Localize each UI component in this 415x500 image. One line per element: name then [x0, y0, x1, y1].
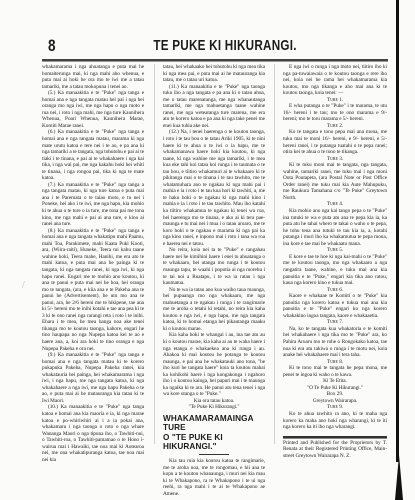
masthead-rule: [42, 59, 388, 62]
rule-text: E wha putanga o te "Puke" i te marama, t…: [283, 103, 387, 123]
rule-text: E kore e tae te hoe ki nga kai-mahi o te…: [283, 254, 387, 287]
rule-text: Na, ko te tangata kua whakatoria e te ko…: [283, 326, 387, 359]
rule-text: Ki te tono mai te tangata he pepa mona, …: [283, 365, 387, 378]
rule-text: Ki te tuku moni mai te tangata, nga tang…: [283, 162, 387, 201]
rule-text: Ko te tangata e tono pepa mai ana mona, …: [283, 129, 387, 155]
printer-imprint: Printed and Published for the Proprietor…: [283, 440, 387, 460]
rule-text: Kaore e whakaae te Komiti o te "Puke" ki…: [283, 293, 387, 319]
article-paragraph: (8.) Ka manaakitia e te "Puke" nga tanga…: [42, 228, 144, 352]
column-divider: [274, 64, 275, 444]
article-paragraph: No reira, koia nei ta te "Puke" e rangah…: [163, 247, 265, 286]
section-heading: WHAKAMARAMAINGA TURE O "TE PUKE KI HIKUR…: [163, 414, 265, 452]
article-paragraph: tatau, hei whakaako hei tohutohu ki nga …: [163, 64, 265, 84]
article-paragraph: (6.) Ka manaakitia e te "Puke" nga tanga…: [42, 129, 144, 181]
article-paragraph: (12.) Na, i tenei haerenga o te koutou t…: [163, 129, 265, 247]
column-3: E nga iwi o runga i nga moto nei, tiitir…: [283, 64, 387, 459]
signoff-signature: "Te Puke Ki Hikurangi.": [163, 404, 265, 411]
article-paragraph: whakamarama i nga ahuatanga e puta mai h…: [42, 64, 144, 90]
section-heading-line-2: O "TE PUKE KI HIKURANGI.": [163, 433, 265, 452]
newspaper-title: TE PUKE KI HIKURANGI.: [147, 37, 303, 54]
rules-intro: E nga iwi o runga i nga moto nei, tiitir…: [283, 64, 387, 97]
page-number: 8: [48, 36, 56, 56]
imprint-rule: [283, 436, 387, 439]
article-paragraph: (7.) Ka manaakitia e te "Puke" nga tanga…: [42, 182, 144, 228]
section-rule: [199, 454, 229, 455]
article-paragraph: (11.) Ka manaakitia e te "Puke" nga taon…: [163, 84, 265, 130]
section-heading-line-1: WHAKAMARAMAINGA TURE: [163, 414, 265, 433]
masthead: 8 TE PUKE KI HIKURANGI.: [30, 30, 388, 60]
article-paragraph: (5.) Ka manaakitia e te "Puke" nga tanga…: [42, 90, 144, 129]
article-paragraph: (10.) Ka manaakitia e te "Puke" nga tang…: [42, 404, 144, 463]
article-paragraph: Kia kaha hoki te whangai i au, ina tae a…: [163, 332, 265, 397]
page-edge-shadow: [396, 0, 399, 462]
margin-mark: /: [22, 280, 25, 291]
article-paragraph: (9.) Ka manaakitia e te "Puke" nga tanga…: [42, 352, 144, 404]
article-paragraph: No te wa ia tatau ano kua waiho taua mau…: [163, 287, 265, 333]
rule-text: Kia mohio ano nga kai tango pepa o te "P…: [283, 208, 387, 247]
column-1: whakamarama i nga ahuatanga e puta mai h…: [42, 64, 144, 463]
section-paragraph: Kia tau ruia kia koutou katoa te rangima…: [163, 458, 265, 497]
column-2: tatau, hei whakaako hei tohutohu ki nga …: [163, 64, 265, 497]
column-divider: [154, 64, 155, 444]
rule-text: Ko te ahua tawhito ra ano, ki te maha ng…: [283, 411, 387, 431]
page-edge-shadow-tail: [395, 455, 403, 500]
